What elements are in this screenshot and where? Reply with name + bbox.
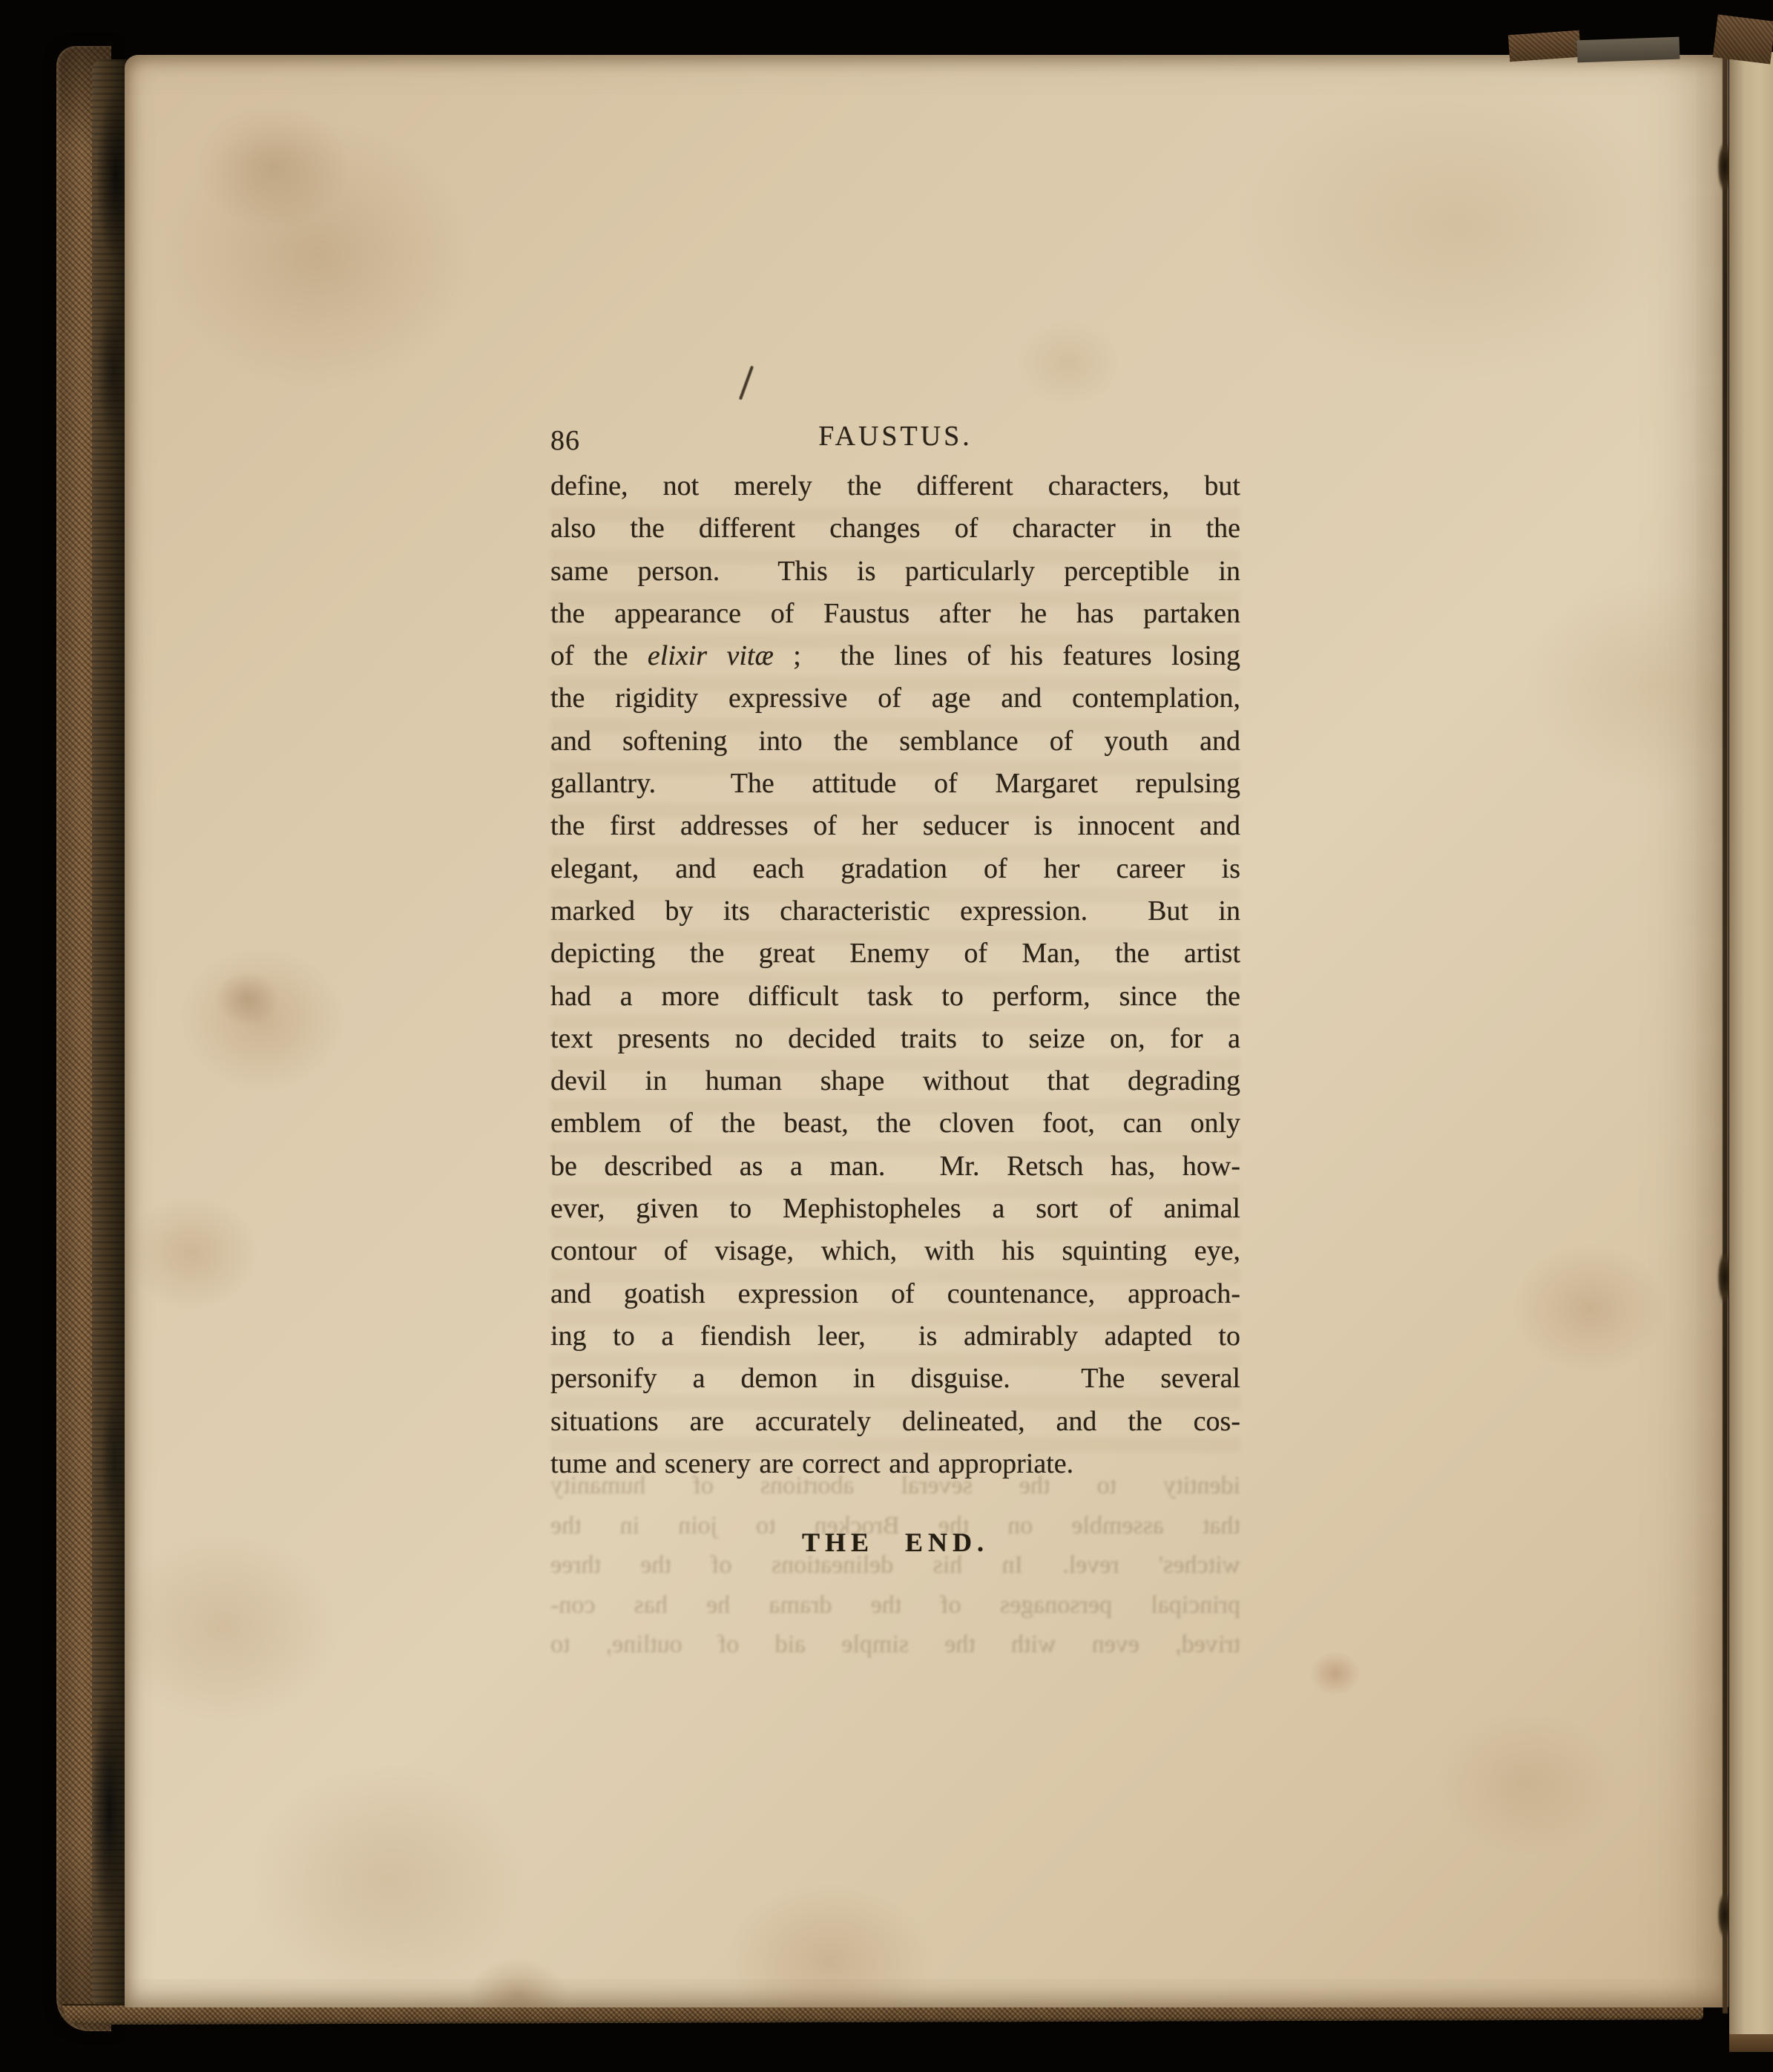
text-segment: elegant, and each gradation of her caree…: [550, 853, 1240, 884]
body-line: and softening into the semblance of yout…: [550, 720, 1240, 763]
scanned-book-scene: 86 FAUSTUS. identity to the several abor…: [0, 0, 1773, 2072]
text-segment: personify a demon in disguise. The sever…: [550, 1363, 1240, 1394]
body-line: had a more difficult task to perform, si…: [550, 976, 1240, 1018]
text-segment: and goatish expression of countenance, a…: [550, 1278, 1240, 1309]
body-line: the appearance of Faustus after he has p…: [550, 593, 1240, 635]
text-segment: depicting the great Enemy of Man, the ar…: [550, 938, 1240, 969]
text-segment: marked by its characteristic expression.…: [550, 895, 1240, 927]
book-page: 86 FAUSTUS. identity to the several abor…: [125, 55, 1728, 2007]
text-segment: tume and scenery are correct and appropr…: [550, 1448, 1073, 1479]
text-segment: and softening into the semblance of yout…: [550, 726, 1240, 757]
body-line: and goatish expression of countenance, a…: [550, 1273, 1240, 1315]
body-line: depicting the great Enemy of Man, the ar…: [550, 933, 1240, 975]
text-segment: gallantry. The attitude of Margaret repu…: [550, 768, 1240, 799]
body-line: gallantry. The attitude of Margaret repu…: [550, 763, 1240, 805]
body-line: same person. This is particularly percep…: [550, 550, 1240, 593]
text-segment: of the: [550, 640, 648, 671]
text-segment: text presents no decided traits to seize…: [550, 1023, 1240, 1054]
text-segment: the rigidity expressive of age and conte…: [550, 683, 1240, 714]
text-segment: ever, given to Mephistopheles a sort of …: [550, 1193, 1240, 1224]
text-segment: also the different changes of character …: [550, 513, 1240, 544]
show-through-text: identity to the several abortions of hum…: [550, 1466, 1240, 1665]
page-edge-fragment: [1713, 14, 1773, 64]
facing-page-edge: [1729, 52, 1773, 2034]
page-edge-fragment: [1577, 37, 1680, 63]
book-photograph: { "page": { "number": "86", "running_hea…: [0, 0, 1773, 2072]
body-line: elegant, and each gradation of her caree…: [550, 848, 1240, 890]
body-line: marked by its characteristic expression.…: [550, 890, 1240, 933]
body-line: text presents no decided traits to seize…: [550, 1018, 1240, 1060]
text-segment: be described as a man. Mr. Retsch has, h…: [550, 1151, 1240, 1182]
body-line: also the different changes of character …: [550, 507, 1240, 550]
gutter-crease: [1723, 58, 1728, 2013]
text-segment: contour of visage, which, with his squin…: [550, 1235, 1240, 1266]
body-line: of the elixir vitæ ; the lines of his fe…: [550, 635, 1240, 677]
page-edge-fragment: [1508, 30, 1581, 62]
text-segment: ing to a fiendish leer, is admirably ada…: [550, 1321, 1240, 1352]
body-line: the rigidity expressive of age and conte…: [550, 677, 1240, 720]
show-through-line: trived, even with the simple aid of outl…: [550, 1625, 1240, 1665]
text-segment: devil in human shape without that degrad…: [550, 1065, 1240, 1096]
text-segment: ; the lines of his features losing: [774, 640, 1240, 671]
show-through-line: principal personages of the drama he has…: [550, 1585, 1240, 1625]
body-line: tume and scenery are correct and appropr…: [550, 1443, 1240, 1485]
stray-ink-mark: [739, 366, 754, 400]
body-line: emblem of the beast, the cloven foot, ca…: [550, 1102, 1240, 1145]
body-text: define, not merely the different charact…: [550, 465, 1240, 1485]
text-segment: had a more difficult task to perform, si…: [550, 981, 1240, 1012]
body-line: ing to a fiendish leer, is admirably ada…: [550, 1315, 1240, 1358]
body-line: the first addresses of her seducer is in…: [550, 805, 1240, 847]
italic-phrase: elixir vitæ: [648, 640, 774, 671]
text-segment: situations are accurately delineated, an…: [550, 1406, 1240, 1437]
body-line: devil in human shape without that degrad…: [550, 1060, 1240, 1102]
body-line: contour of visage, which, with his squin…: [550, 1230, 1240, 1272]
text-segment: define, not merely the different charact…: [550, 470, 1240, 501]
body-line: be described as a man. Mr. Retsch has, h…: [550, 1145, 1240, 1188]
text-segment: same person. This is particularly percep…: [550, 556, 1240, 587]
text-segment: emblem of the beast, the cloven foot, ca…: [550, 1108, 1240, 1139]
body-line: ever, given to Mephistopheles a sort of …: [550, 1188, 1240, 1230]
body-line: personify a demon in disguise. The sever…: [550, 1358, 1240, 1400]
running-header: FAUSTUS.: [550, 420, 1240, 453]
body-line: define, not merely the different charact…: [550, 465, 1240, 507]
facing-page-bottom-edge: [1729, 2034, 1773, 2052]
text-segment: the first addresses of her seducer is in…: [550, 810, 1240, 841]
the-end-label: THE END.: [550, 1527, 1240, 1558]
text-segment: the appearance of Faustus after he has p…: [550, 598, 1240, 629]
body-line: situations are accurately delineated, an…: [550, 1401, 1240, 1443]
